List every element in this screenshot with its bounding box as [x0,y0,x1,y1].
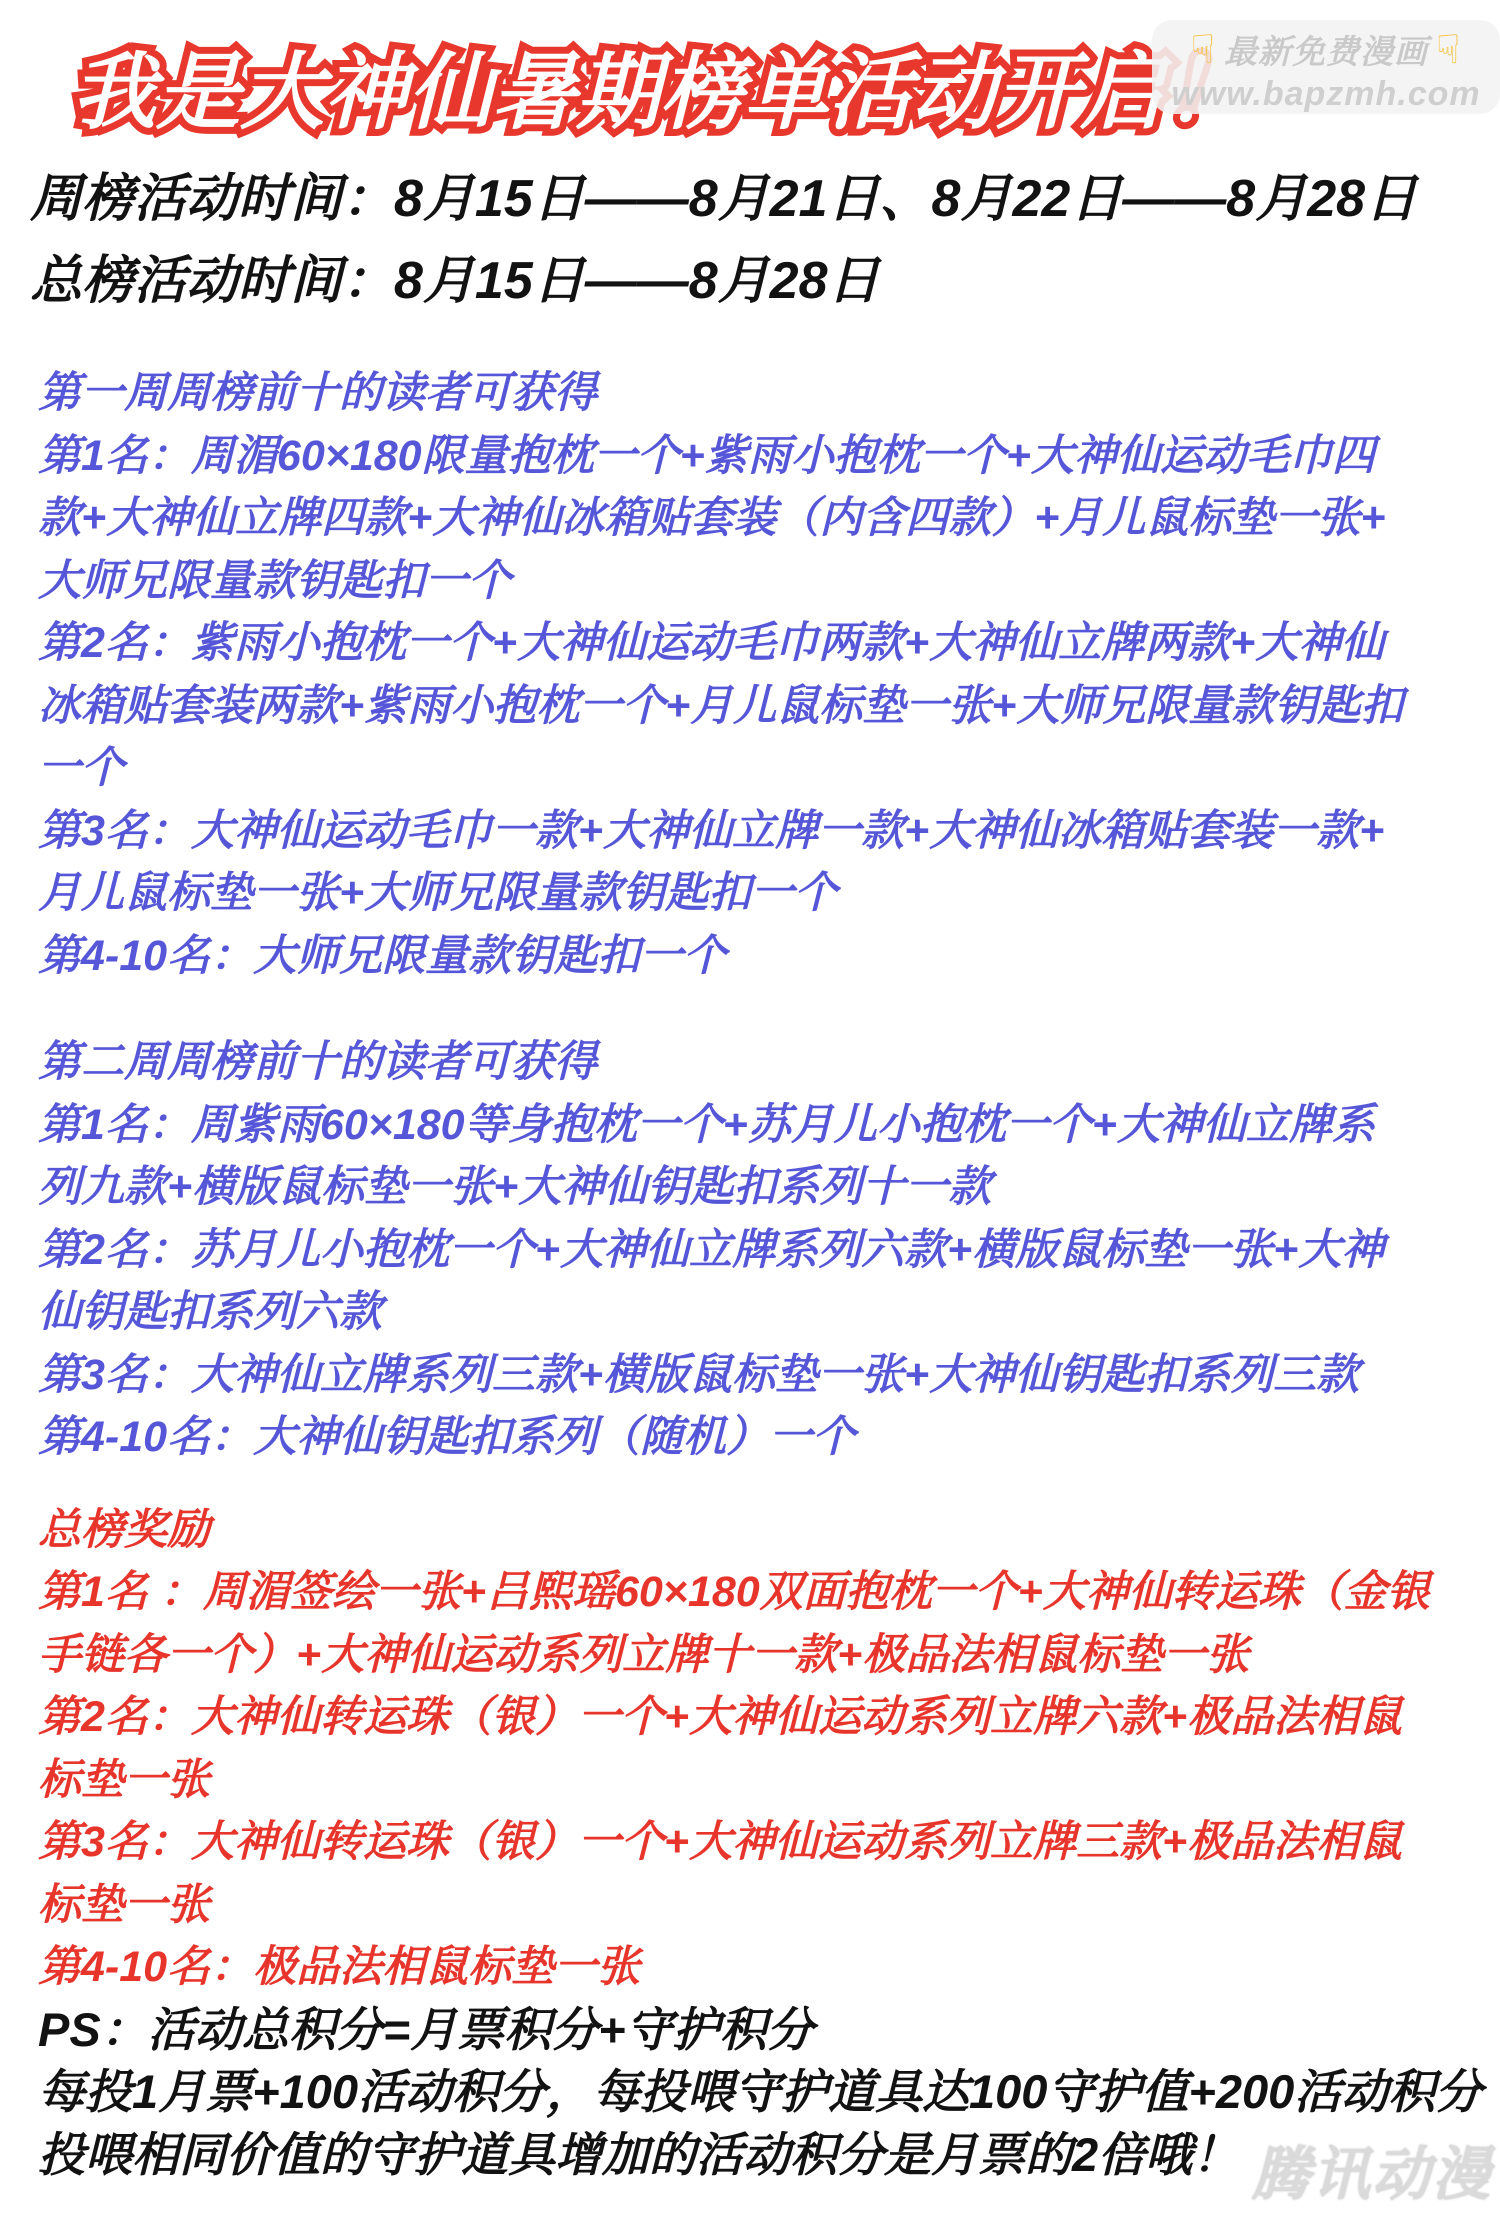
prize-line: 第1名 ：周湄签绘一张+吕熙瑶60×180双面抱枕一个+大神仙转运珠（金银 [38,1561,1500,1624]
prize-line: 一个 [38,737,1500,800]
prize-line: 标垫一张 [38,1874,1500,1937]
week1-prizes-section: 第一周周榜前十的读者可获得 第1名：周湄60×180限量抱枕一个+紫雨小抱枕一个… [38,362,1500,987]
prize-line: 第3名：大神仙运动毛巾一款+大神仙立牌一款+大神仙冰箱贴套装一款+ [38,800,1500,863]
ps-line: PS：活动总积分=月票积分+守护积分 [38,1999,1500,2062]
total-ranking-prizes-section: 总榜奖励 第1名 ：周湄签绘一张+吕熙瑶60×180双面抱枕一个+大神仙转运珠（… [38,1499,1500,1999]
prize-line: 仙钥匙扣系列六款 [38,1281,1500,1344]
point-down-icon: ☟ [1191,32,1216,68]
prize-line: 手链各一个）+大神仙运动系列立牌十一款+极品法相鼠标垫一张 [38,1624,1500,1687]
tencent-comics-logo: 腾讯动漫 [1252,2127,1492,2211]
prize-line: 第4-10名：大师兄限量款钥匙扣一个 [38,925,1500,988]
watermark-badge: ☟ 最新免费漫画 ☟ www.bapzmh.com [1152,20,1500,114]
prize-line: 列九款+横版鼠标垫一张+大神仙钥匙扣系列十一款 [38,1156,1500,1219]
prize-line: 冰箱贴套装两款+紫雨小抱枕一个+月儿鼠标垫一张+大师兄限量款钥匙扣 [38,675,1500,738]
prize-line: 第2名：苏月儿小抱枕一个+大神仙立牌系列六款+横版鼠标垫一张+大神 [38,1219,1500,1282]
total-ranking-heading: 总榜奖励 [38,1499,1500,1562]
weekly-schedule-line: 周榜活动时间：8月15日——8月21日、8月22日——8月28日 [30,158,1500,240]
week1-heading: 第一周周榜前十的读者可获得 [38,362,1500,425]
prize-line: 第2名：大神仙转运珠（银）一个+大神仙运动系列立牌六款+极品法相鼠 [38,1686,1500,1749]
prize-line: 第2名：紫雨小抱枕一个+大神仙运动毛巾两款+大神仙立牌两款+大神仙 [38,612,1500,675]
prize-line: 月儿鼠标垫一张+大师兄限量款钥匙扣一个 [38,862,1500,925]
point-down-icon: ☟ [1436,32,1461,68]
week2-prizes-section: 第二周周榜前十的读者可获得 第1名：周紫雨60×180等身抱枕一个+苏月儿小抱枕… [38,1031,1500,1469]
prize-line: 第4-10名：极品法相鼠标垫一张 [38,1936,1500,1999]
prize-line: 第3名：大神仙立牌系列三款+横版鼠标垫一张+大神仙钥匙扣系列三款 [38,1344,1500,1407]
prize-line: 标垫一张 [38,1749,1500,1812]
prize-line: 第1名：周湄60×180限量抱枕一个+紫雨小抱枕一个+大神仙运动毛巾四 [38,425,1500,488]
total-schedule-line: 总榜活动时间：8月15日——8月28日 [30,240,1500,322]
week2-heading: 第二周周榜前十的读者可获得 [38,1031,1500,1094]
prize-line: 大师兄限量款钥匙扣一个 [38,550,1500,613]
watermark-url: www.bapzmh.com [1152,75,1500,114]
prize-line: 第1名：周紫雨60×180等身抱枕一个+苏月儿小抱枕一个+大神仙立牌系 [38,1094,1500,1157]
watermark-label: 最新免费漫画 [1224,26,1428,73]
prize-line: 第4-10名：大神仙钥匙扣系列（随机）一个 [38,1406,1500,1469]
schedule-block: 周榜活动时间：8月15日——8月21日、8月22日——8月28日 总榜活动时间：… [30,158,1500,322]
prize-line: 款+大神仙立牌四款+大神仙冰箱贴套装（内含四款）+月儿鼠标垫一张+ [38,487,1500,550]
ps-line: 每投1月票+100活动积分，每投喂守护道具达100守护值+200活动积分 [38,2061,1500,2124]
watermark-text: ☟ 最新免费漫画 ☟ [1152,26,1500,73]
prize-line: 第3名：大神仙转运珠（银）一个+大神仙运动系列立牌三款+极品法相鼠 [38,1811,1500,1874]
event-announcement-page: ☟ 最新免费漫画 ☟ www.bapzmh.com 我是大神仙暑期榜单活动开启！… [0,0,1500,2217]
